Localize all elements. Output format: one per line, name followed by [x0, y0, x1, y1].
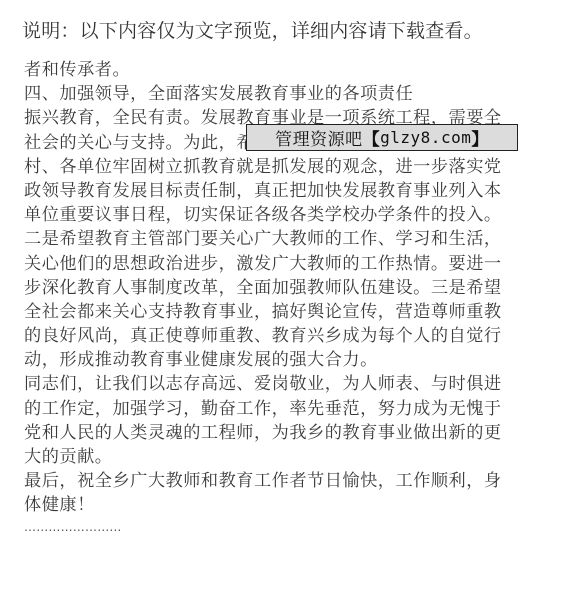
document-line: 的良好风尚，真正使尊师重教、教育兴乡成为每个人的自觉行	[24, 324, 564, 348]
document-line: 者和传承者。	[24, 58, 564, 82]
watermark-name: 管理资源吧	[275, 125, 363, 150]
document-line: 同志们，让我们以志存高远、爱岗敬业，为人师表、与时俱进	[24, 372, 564, 396]
document-line: 步深化教育人事制度改革，全面加强教师队伍建设。三是希望	[24, 276, 564, 300]
watermark-bracket-close: 】	[471, 125, 489, 150]
document-line: 二是希望教育主管部门要关心广大教师的工作、学习和生活，	[24, 227, 564, 251]
document-line: 单位重要议事日程，切实保证各级各类学校办学条件的投入。	[24, 203, 564, 227]
section-heading: 四、加强领导，全面落实发展教育事业的各项责任	[24, 82, 564, 106]
document-line: 村、各单位牢固树立抓教育就是抓发展的观念，进一步落实党	[24, 155, 564, 179]
document-line: 政领导教育发展目标责任制，真正把加快发展教育事业列入本	[24, 179, 564, 203]
document-line: 最后，祝全乡广大教师和教育工作者节日愉快，工作顺利，身	[24, 469, 564, 493]
document-line: 的工作定，加强学习，勤奋工作，率先垂范，努力成为无愧于	[24, 397, 564, 421]
truncation-ellipsis: ……………………	[24, 520, 564, 534]
document-line: 体健康！	[24, 493, 564, 517]
document-line: 关心他们的思想政治进步，激发广大教师的工作热情。要进一	[24, 252, 564, 276]
watermark-site: glzy8.com	[380, 128, 471, 147]
document-line: 全社会都来关心支持教育事业，搞好舆论宣传，营造尊师重教	[24, 300, 564, 324]
preview-notice: 说明：以下内容仅为文字预览，详细内容请下载查看。	[22, 18, 483, 44]
watermark-banner: 管理资源吧 【 glzy8.com 】	[246, 124, 518, 151]
document-line: 大的贡献。	[24, 445, 564, 469]
watermark-bracket-open: 【	[363, 125, 381, 150]
document-line: 党和人民的人类灵魂的工程师，为我乡的教育事业做出新的更	[24, 421, 564, 445]
document-line: 动，形成推动教育事业健康发展的强大合力。	[24, 348, 564, 372]
